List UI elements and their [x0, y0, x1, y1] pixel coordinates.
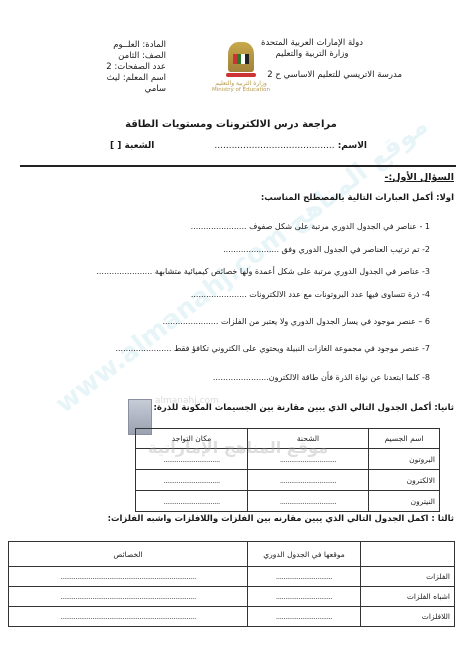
- student-name-field[interactable]: الاسم: .................................…: [214, 141, 367, 151]
- grade: الصف: الثامن: [86, 51, 166, 62]
- header-divider: [20, 165, 456, 167]
- fill-item-2[interactable]: 2- تم ترتيب العناصر في الجدول الدوري وفق…: [223, 245, 430, 254]
- col-particle-name: اسم الجسيم: [369, 429, 440, 449]
- teacher-name: اسم المعلم: ليث سامي: [86, 73, 166, 95]
- category-name: اللافلزات: [361, 607, 455, 627]
- header-course-info: المادة: العلــوم الصف: الثامن عدد الصفحا…: [86, 40, 166, 95]
- col-position: موقعها في الجدول الدوري: [248, 542, 361, 567]
- charge-blank[interactable]: ..............................: [248, 449, 369, 470]
- table-row: اشباه الفلزات ..........................…: [9, 587, 455, 607]
- category-name: اشباه الفلزات: [361, 587, 455, 607]
- subject: المادة: العلــوم: [86, 40, 166, 51]
- part3-heading: ثالثا : اكمل الجدول التالي الذي يبين مقا…: [108, 514, 454, 524]
- fill-item-8[interactable]: 8- كلما ابتعدنا عن نواة الذرة فأن طاقة ا…: [213, 373, 430, 382]
- col-features: الخصائص: [9, 542, 248, 567]
- table-row: الالكترون ..............................…: [136, 470, 440, 491]
- location-blank[interactable]: ..............................: [136, 449, 248, 470]
- category-name: الفلزات: [361, 567, 455, 587]
- particle-name: البروتون: [369, 449, 440, 470]
- question-title: السؤال الأول:-: [385, 172, 454, 183]
- emblem-band: [226, 73, 256, 77]
- features-blank[interactable]: ........................................…: [9, 587, 248, 607]
- particle-name: الالكترون: [369, 470, 440, 491]
- table-row: اللافلزات ..............................…: [9, 607, 455, 627]
- fill-item-7[interactable]: 7- عنصر موجود في مجموعة الغازات النبيلة …: [115, 344, 430, 353]
- fill-item-3[interactable]: 3- عناصر في الجدول الدوري مرتبة على شكل …: [96, 267, 430, 276]
- logo-arabic-text: وزارة التربية والتعليم: [207, 80, 275, 87]
- particles-table: اسم الجسيم الشحنة مكان التواجد البروتون …: [135, 428, 440, 512]
- part2-heading: ثانيا: أكمل الجدول التالي الذي يبين مقار…: [153, 403, 454, 413]
- table-row: النيترون .............................. …: [136, 491, 440, 512]
- position-blank[interactable]: ..............................: [248, 567, 361, 587]
- name-blank[interactable]: ........................................…: [214, 141, 334, 151]
- features-blank[interactable]: ........................................…: [9, 607, 248, 627]
- col-category: [361, 542, 455, 567]
- location-blank[interactable]: ..............................: [136, 470, 248, 491]
- uae-emblem-icon: [228, 42, 254, 72]
- fill-item-1[interactable]: 1 - عناصر في الجدول الدوري مرتبة على شكل…: [191, 222, 430, 231]
- position-blank[interactable]: ..............................: [248, 607, 361, 627]
- charge-blank[interactable]: ..............................: [248, 491, 369, 512]
- features-blank[interactable]: ........................................…: [9, 567, 248, 587]
- particle-name: النيترون: [369, 491, 440, 512]
- col-charge: الشحنة: [248, 429, 369, 449]
- part1-heading: اولا: أكمل العبارات التالية بالمصطلح الم…: [261, 193, 454, 203]
- table-row: الفلزات .............................. .…: [9, 567, 455, 587]
- fill-item-4[interactable]: 4- ذرة تتساوى فيها عدد البروتونات مع عدد…: [191, 290, 430, 299]
- student-section-field[interactable]: الشعبة [ ]: [110, 141, 154, 151]
- logo-english-text: Ministry of Education: [207, 87, 275, 93]
- position-blank[interactable]: ..............................: [248, 587, 361, 607]
- worksheet-title: مراجعة درس الالكترونات ومستويات الطاقة: [0, 119, 462, 130]
- table-header-row: اسم الجسيم الشحنة مكان التواجد: [136, 429, 440, 449]
- location-blank[interactable]: ..............................: [136, 491, 248, 512]
- col-location: مكان التواجد: [136, 429, 248, 449]
- ministry-logo: وزارة التربية والتعليم Ministry of Educa…: [207, 42, 275, 108]
- table-row: البروتون .............................. …: [136, 449, 440, 470]
- table-header-row: موقعها في الجدول الدوري الخصائص: [9, 542, 455, 567]
- metals-table: موقعها في الجدول الدوري الخصائص الفلزات …: [8, 541, 455, 627]
- page-count: عدد الصفحات: 2: [86, 62, 166, 73]
- name-label: الاسم:: [338, 141, 367, 151]
- fill-item-6[interactable]: 6 – عنصر موجود في يسار الجدول الدوري ولا…: [162, 317, 430, 326]
- charge-blank[interactable]: ..............................: [248, 470, 369, 491]
